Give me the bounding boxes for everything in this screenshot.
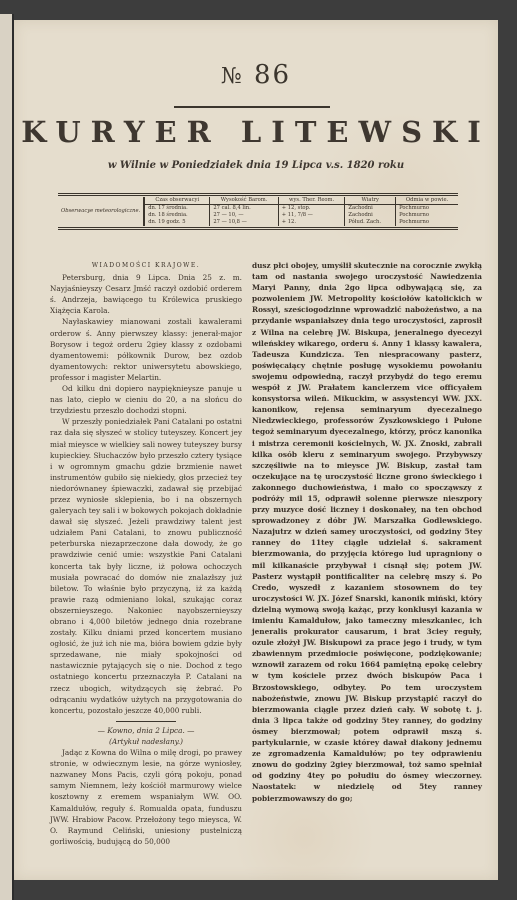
weather-thermometer: + 12, stop. <box>278 205 345 213</box>
weather-row-label: Obserwacye meteorologiczne. <box>58 197 144 226</box>
kowno-subheading: (Artykuł nadesłany.) <box>50 736 242 747</box>
section-heading-domestic-news: WIADOMOŚCI KRAJOWE. <box>50 260 242 271</box>
masthead-rule <box>174 106 330 108</box>
issue-number: № 86 <box>14 60 498 90</box>
article-paragraph: dusz płci obojey, umyślił skutecznie na … <box>252 260 482 804</box>
weather-observations-table: Obserwacye meteorologiczne. Czas obserwa… <box>58 193 458 230</box>
article-paragraph: W przeszły poniedziałek Pani Catalani po… <box>50 416 242 716</box>
weather-wind: Zachodni <box>345 212 396 219</box>
left-column: WIADOMOŚCI KRAJOWE. Petersburg, dnia 9 L… <box>50 260 242 847</box>
right-column: dusz płci obojey, umyślił skutecznie na … <box>252 260 482 804</box>
newspaper-title: KURYER LITEWSKI <box>14 115 498 149</box>
newspaper-page: № 86 KURYER LITEWSKI w Wilnie w Poniedzi… <box>14 20 498 880</box>
weather-header-thermometer: wys. Ther. Reom. <box>278 197 345 205</box>
weather-header-sky: Odmia w powie. <box>396 197 458 205</box>
weather-sky: Pochmurno <box>396 205 458 213</box>
issue-number-value: 86 <box>254 60 291 90</box>
weather-sky: Pochmurno <box>396 219 458 226</box>
weather-time: dn. 18 średnia. <box>144 212 210 219</box>
kowno-dateline: — Kowno, dnia 2 Lipca. — <box>50 725 242 736</box>
weather-barometer: 27 — 10, — <box>210 212 278 219</box>
weather-time: dn. 19 godz. 5 <box>144 219 210 226</box>
weather-barometer: 27 cal. 8,4 lin. <box>210 205 278 213</box>
weather-thermometer: + 11, 7/8 — <box>278 212 345 219</box>
weather-header-barometer: Wysokość Barom. <box>210 197 278 205</box>
article-paragraph: Petersburg, dnia 9 Lipca. Dnia 25 z. m. … <box>50 272 242 316</box>
weather-wind: Zachodni <box>345 205 396 213</box>
dateline: w Wilnie w Poniedziałek dnia 19 Lipca v.… <box>14 160 498 171</box>
issue-number-prefix: № <box>221 64 244 89</box>
article-paragraph: Od kilku dni dopiero naypięknieysze panu… <box>50 383 242 416</box>
weather-header-wind: Wiatry <box>345 197 396 205</box>
weather-time: dn. 17 środnia. <box>144 205 210 213</box>
weather-barometer: 27 — 10,8 — <box>210 219 278 226</box>
weather-thermometer: + 12. <box>278 219 345 226</box>
article-paragraph: Nayłaskawiey mianowani zostali kawaleram… <box>50 316 242 383</box>
weather-header-time: Czas obserwacyi <box>144 197 210 205</box>
article-divider <box>116 721 176 722</box>
article-paragraph: Jadąc z Kowna do Wilna o milę drogi, po … <box>50 747 242 847</box>
weather-sky: Pochmurno <box>396 212 458 219</box>
weather-wind: Półud. Zach. <box>345 219 396 226</box>
previous-page-edge <box>0 14 14 900</box>
